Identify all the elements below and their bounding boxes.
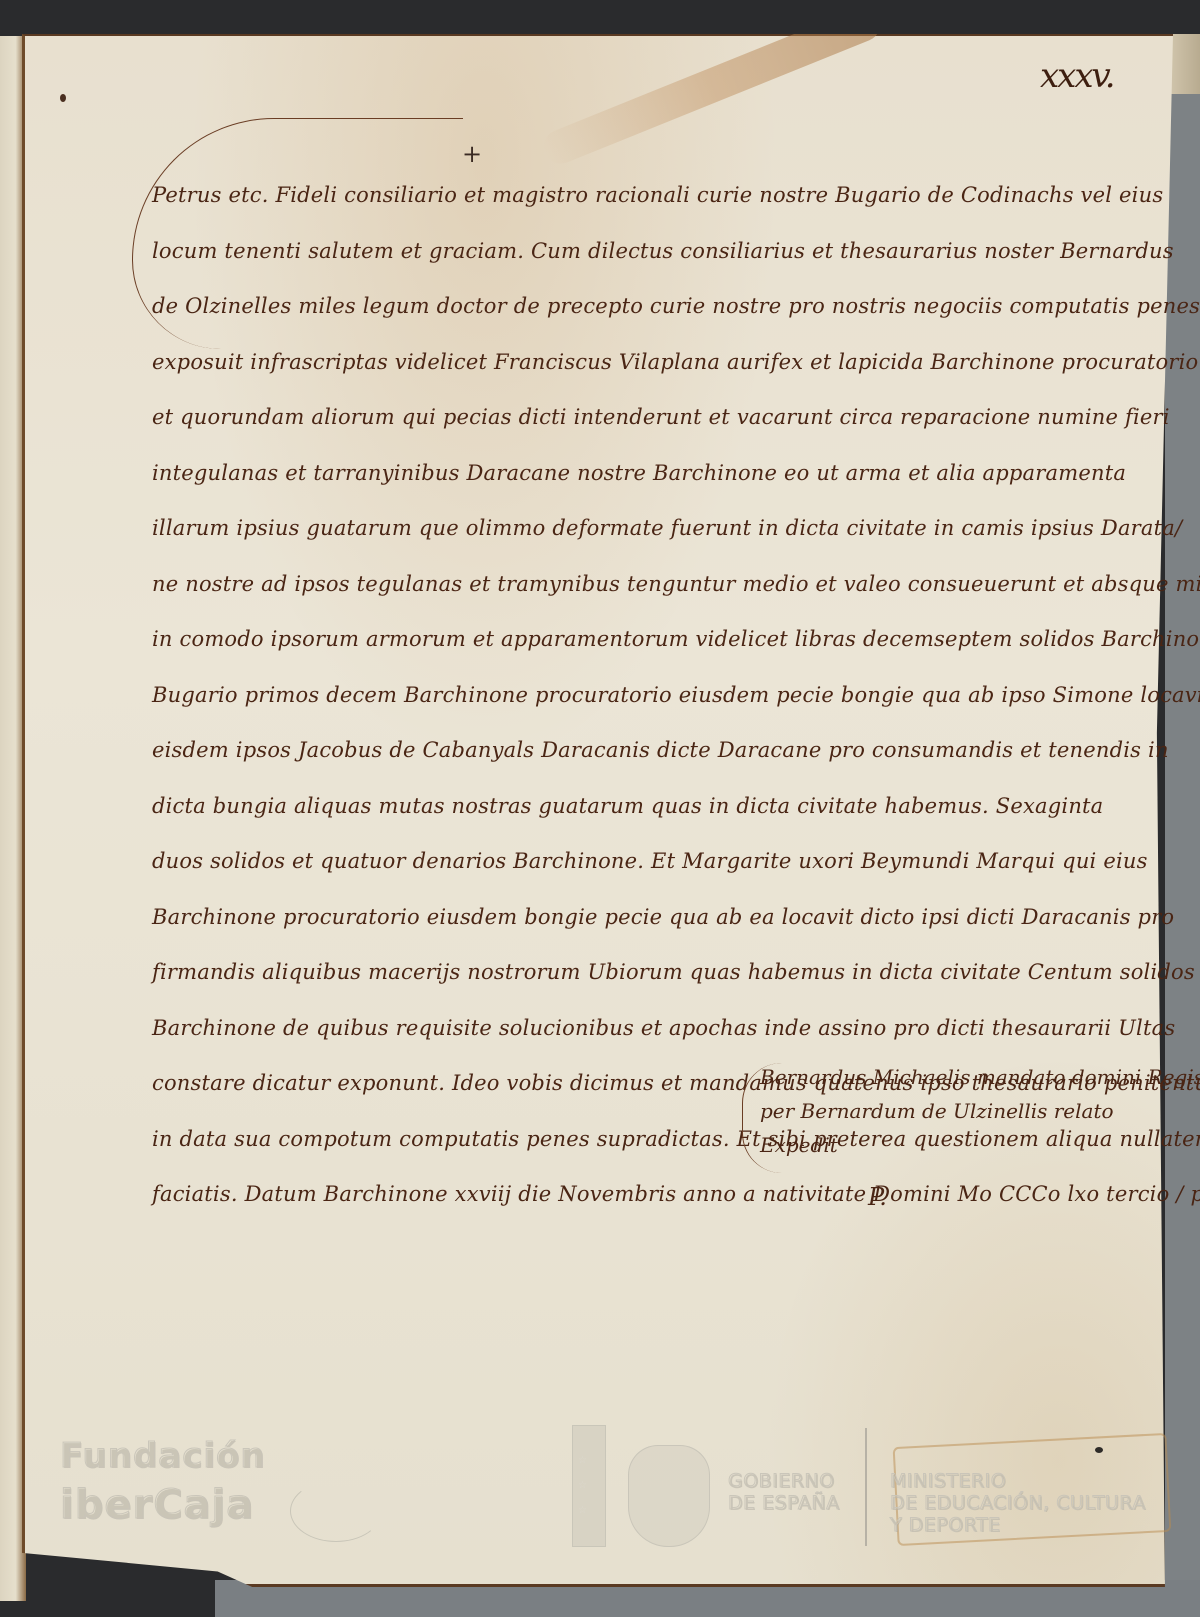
star-icon: ☆ xyxy=(578,1480,587,1491)
watermark-ministerio: MINISTERIO DE EDUCACIÓN, CULTURA Y DEPOR… xyxy=(890,1470,1146,1536)
text-line: firmandis aliquibus macerijs nostrorum U… xyxy=(152,945,1152,1001)
paraph-mark: P. xyxy=(868,1183,887,1211)
text-line: duos solidos et quatuor denarios Barchin… xyxy=(152,834,1152,890)
watermark-ministerio-line3: Y DEPORTE xyxy=(890,1514,1146,1536)
watermark-ministerio-line1: MINISTERIO xyxy=(890,1470,1146,1492)
text-line: Barchinone procuratorio eiusdem bongie p… xyxy=(152,890,1152,946)
water-stain xyxy=(539,2,886,168)
text-line: de Olzinelles miles legum doctor de prec… xyxy=(152,279,1152,335)
watermark-gobierno-line2: DE ESPAÑA xyxy=(728,1492,840,1514)
ink-smudge xyxy=(1095,1447,1103,1453)
subscription-block: Bernardus Michaelis mandato domini Regis… xyxy=(760,1060,1100,1162)
text-line: in comodo ipsorum armorum et apparamento… xyxy=(152,612,1152,668)
text-line: locum tenenti salutem et graciam. Cum di… xyxy=(152,224,1152,280)
watermark-divider xyxy=(865,1428,867,1546)
watermark-gobierno-line1: GOBIERNO xyxy=(728,1470,840,1492)
ink-spot xyxy=(60,94,66,102)
subscription-line: per Bernardum de Ulzinellis relato xyxy=(760,1094,1100,1128)
watermark-fundacion: Fundación xyxy=(60,1436,266,1476)
text-line: Barchinone de quibus requisite solucioni… xyxy=(152,1001,1152,1057)
folio-number: xxxv. xyxy=(1040,56,1114,96)
text-line: dicta bungia aliquas mutas nostras guata… xyxy=(152,779,1152,835)
subscription-line: Bernardus Michaelis mandato domini Regis xyxy=(760,1060,1100,1094)
text-line: Petrus etc. Fideli consiliario et magist… xyxy=(152,168,1152,224)
subscription-line: Expedit xyxy=(760,1128,1100,1162)
star-icon: ☆ xyxy=(578,1505,587,1516)
text-line: faciatis. Datum Barchinone xxviij die No… xyxy=(152,1167,1152,1223)
text-line: Bugario primos decem Barchinone procurat… xyxy=(152,668,1152,724)
text-line: eisdem ipsos Jacobus de Cabanyals Daraca… xyxy=(152,723,1152,779)
watermark-gobierno: GOBIERNO DE ESPAÑA xyxy=(728,1470,840,1514)
text-line: et quorundam aliorum qui pecias dicti in… xyxy=(152,390,1152,446)
watermark-ibercaja: iberCaja xyxy=(60,1482,254,1528)
cross-mark: + xyxy=(462,140,482,168)
watermark-ministerio-line2: DE EDUCACIÓN, CULTURA xyxy=(890,1492,1146,1514)
coat-of-arms-icon xyxy=(628,1445,710,1547)
star-icon: ☆ xyxy=(578,1455,587,1466)
text-line: integulanas et tarranyinibus Daracane no… xyxy=(152,446,1152,502)
ibercaja-swoosh-icon xyxy=(290,1480,382,1542)
text-line: exposuit infrascriptas videlicet Francis… xyxy=(152,335,1152,391)
text-line: ne nostre ad ipsos tegulanas et tramynib… xyxy=(152,557,1152,613)
text-line: illarum ipsius guatarum que olimmo defor… xyxy=(152,501,1152,557)
